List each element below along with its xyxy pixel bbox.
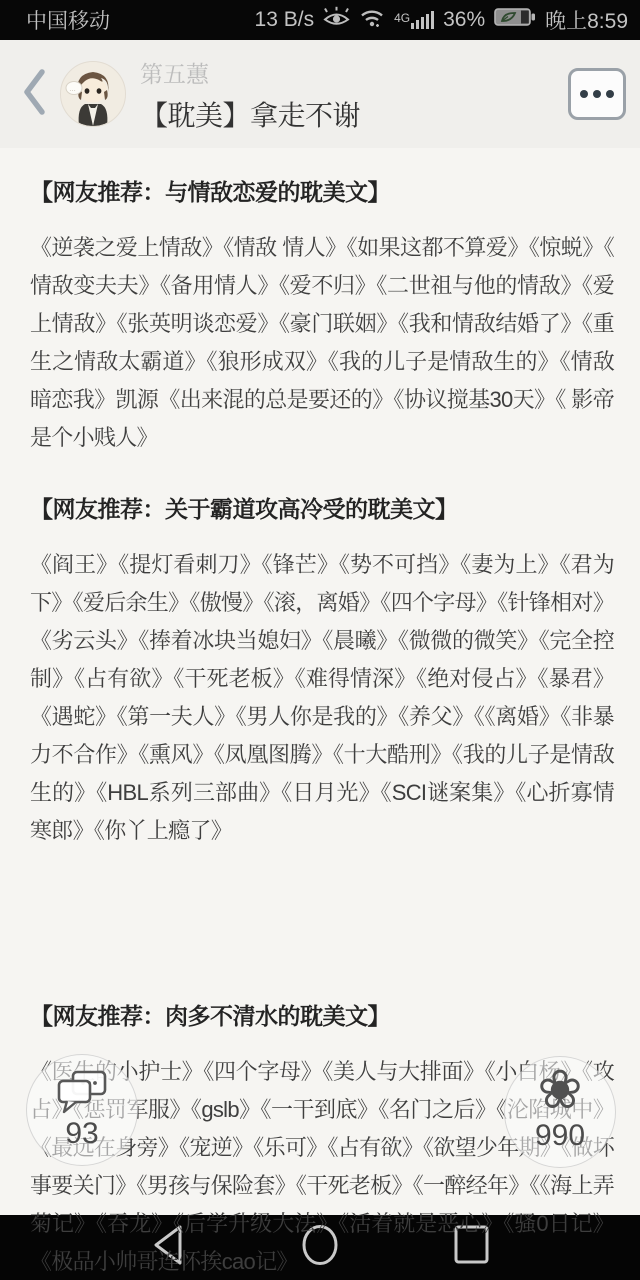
post-header: … 第五蕙 【耽美】拿走不谢 bbox=[0, 40, 640, 148]
chevron-left-icon bbox=[19, 67, 49, 122]
battery-icon bbox=[494, 7, 536, 33]
wifi-icon bbox=[359, 7, 385, 34]
section-heading: 【网友推荐：与情敌恋爱的耽美文】 bbox=[30, 174, 614, 207]
comments-badge[interactable]: 93 bbox=[26, 1054, 138, 1166]
post-title: 【耽美】拿走不谢 bbox=[140, 94, 568, 134]
network-speed: 13 B/s bbox=[255, 8, 315, 32]
flower-star-icon: ❀ ☆ bbox=[532, 1057, 588, 1119]
status-bar-right: 13 B/s 4G bbox=[255, 5, 628, 35]
signal-strength-icon: 4G bbox=[394, 11, 434, 29]
header-texts: 第五蕙 【耽美】拿走不谢 bbox=[140, 54, 568, 134]
carrier-label: 中国移动 bbox=[26, 5, 110, 35]
back-button[interactable] bbox=[16, 66, 52, 122]
eye-protection-icon bbox=[323, 6, 350, 34]
section-body: 《阎王》《提灯看刺刀》《锋芒》《势不可挡》《妻为上》《君为下》《爱后余生》《傲慢… bbox=[30, 546, 614, 850]
section-body: 《逆袭之爱上情敌》《情敌 情人》《如果这都不算爱》《惊蜕》《 情敌变夫夫》《备用… bbox=[30, 229, 614, 457]
post-content: 【网友推荐：与情敌恋爱的耽美文】 《逆袭之爱上情敌》《情敌 情人》《如果这都不算… bbox=[0, 148, 640, 1215]
comments-count: 93 bbox=[65, 1118, 98, 1150]
more-menu-button[interactable] bbox=[568, 68, 626, 120]
section-heading: 【网友推荐：关于霸道攻高冷受的耽美文】 bbox=[30, 491, 614, 524]
ellipsis-icon bbox=[580, 90, 588, 98]
battery-percent-label: 36% bbox=[443, 8, 485, 32]
section-rivals-in-love: 【网友推荐：与情敌恋爱的耽美文】 《逆袭之爱上情敌》《情敌 情人》《如果这都不算… bbox=[30, 174, 614, 457]
stars-count: 990 bbox=[535, 1120, 585, 1152]
avatar[interactable]: … bbox=[60, 61, 126, 127]
username: 第五蕙 bbox=[140, 56, 568, 89]
status-bar: 中国移动 13 B/s 4G bbox=[0, 0, 640, 40]
section-domineering-top: 【网友推荐：关于霸道攻高冷受的耽美文】 《阎王》《提灯看刺刀》《锋芒》《势不可挡… bbox=[30, 491, 614, 850]
section-heading: 【网友推荐：肉多不清水的耽美文】 bbox=[30, 998, 614, 1031]
comment-bubbles-icon bbox=[55, 1055, 109, 1117]
svg-text:…: … bbox=[69, 86, 76, 93]
clock-label: 晚上8:59 bbox=[545, 5, 628, 35]
stars-badge[interactable]: ❀ ☆ 990 bbox=[504, 1056, 616, 1168]
phone-screen: { "status_bar": { "carrier": "中国移动", "ne… bbox=[0, 0, 640, 1280]
network-type-label: 4G bbox=[394, 11, 410, 25]
